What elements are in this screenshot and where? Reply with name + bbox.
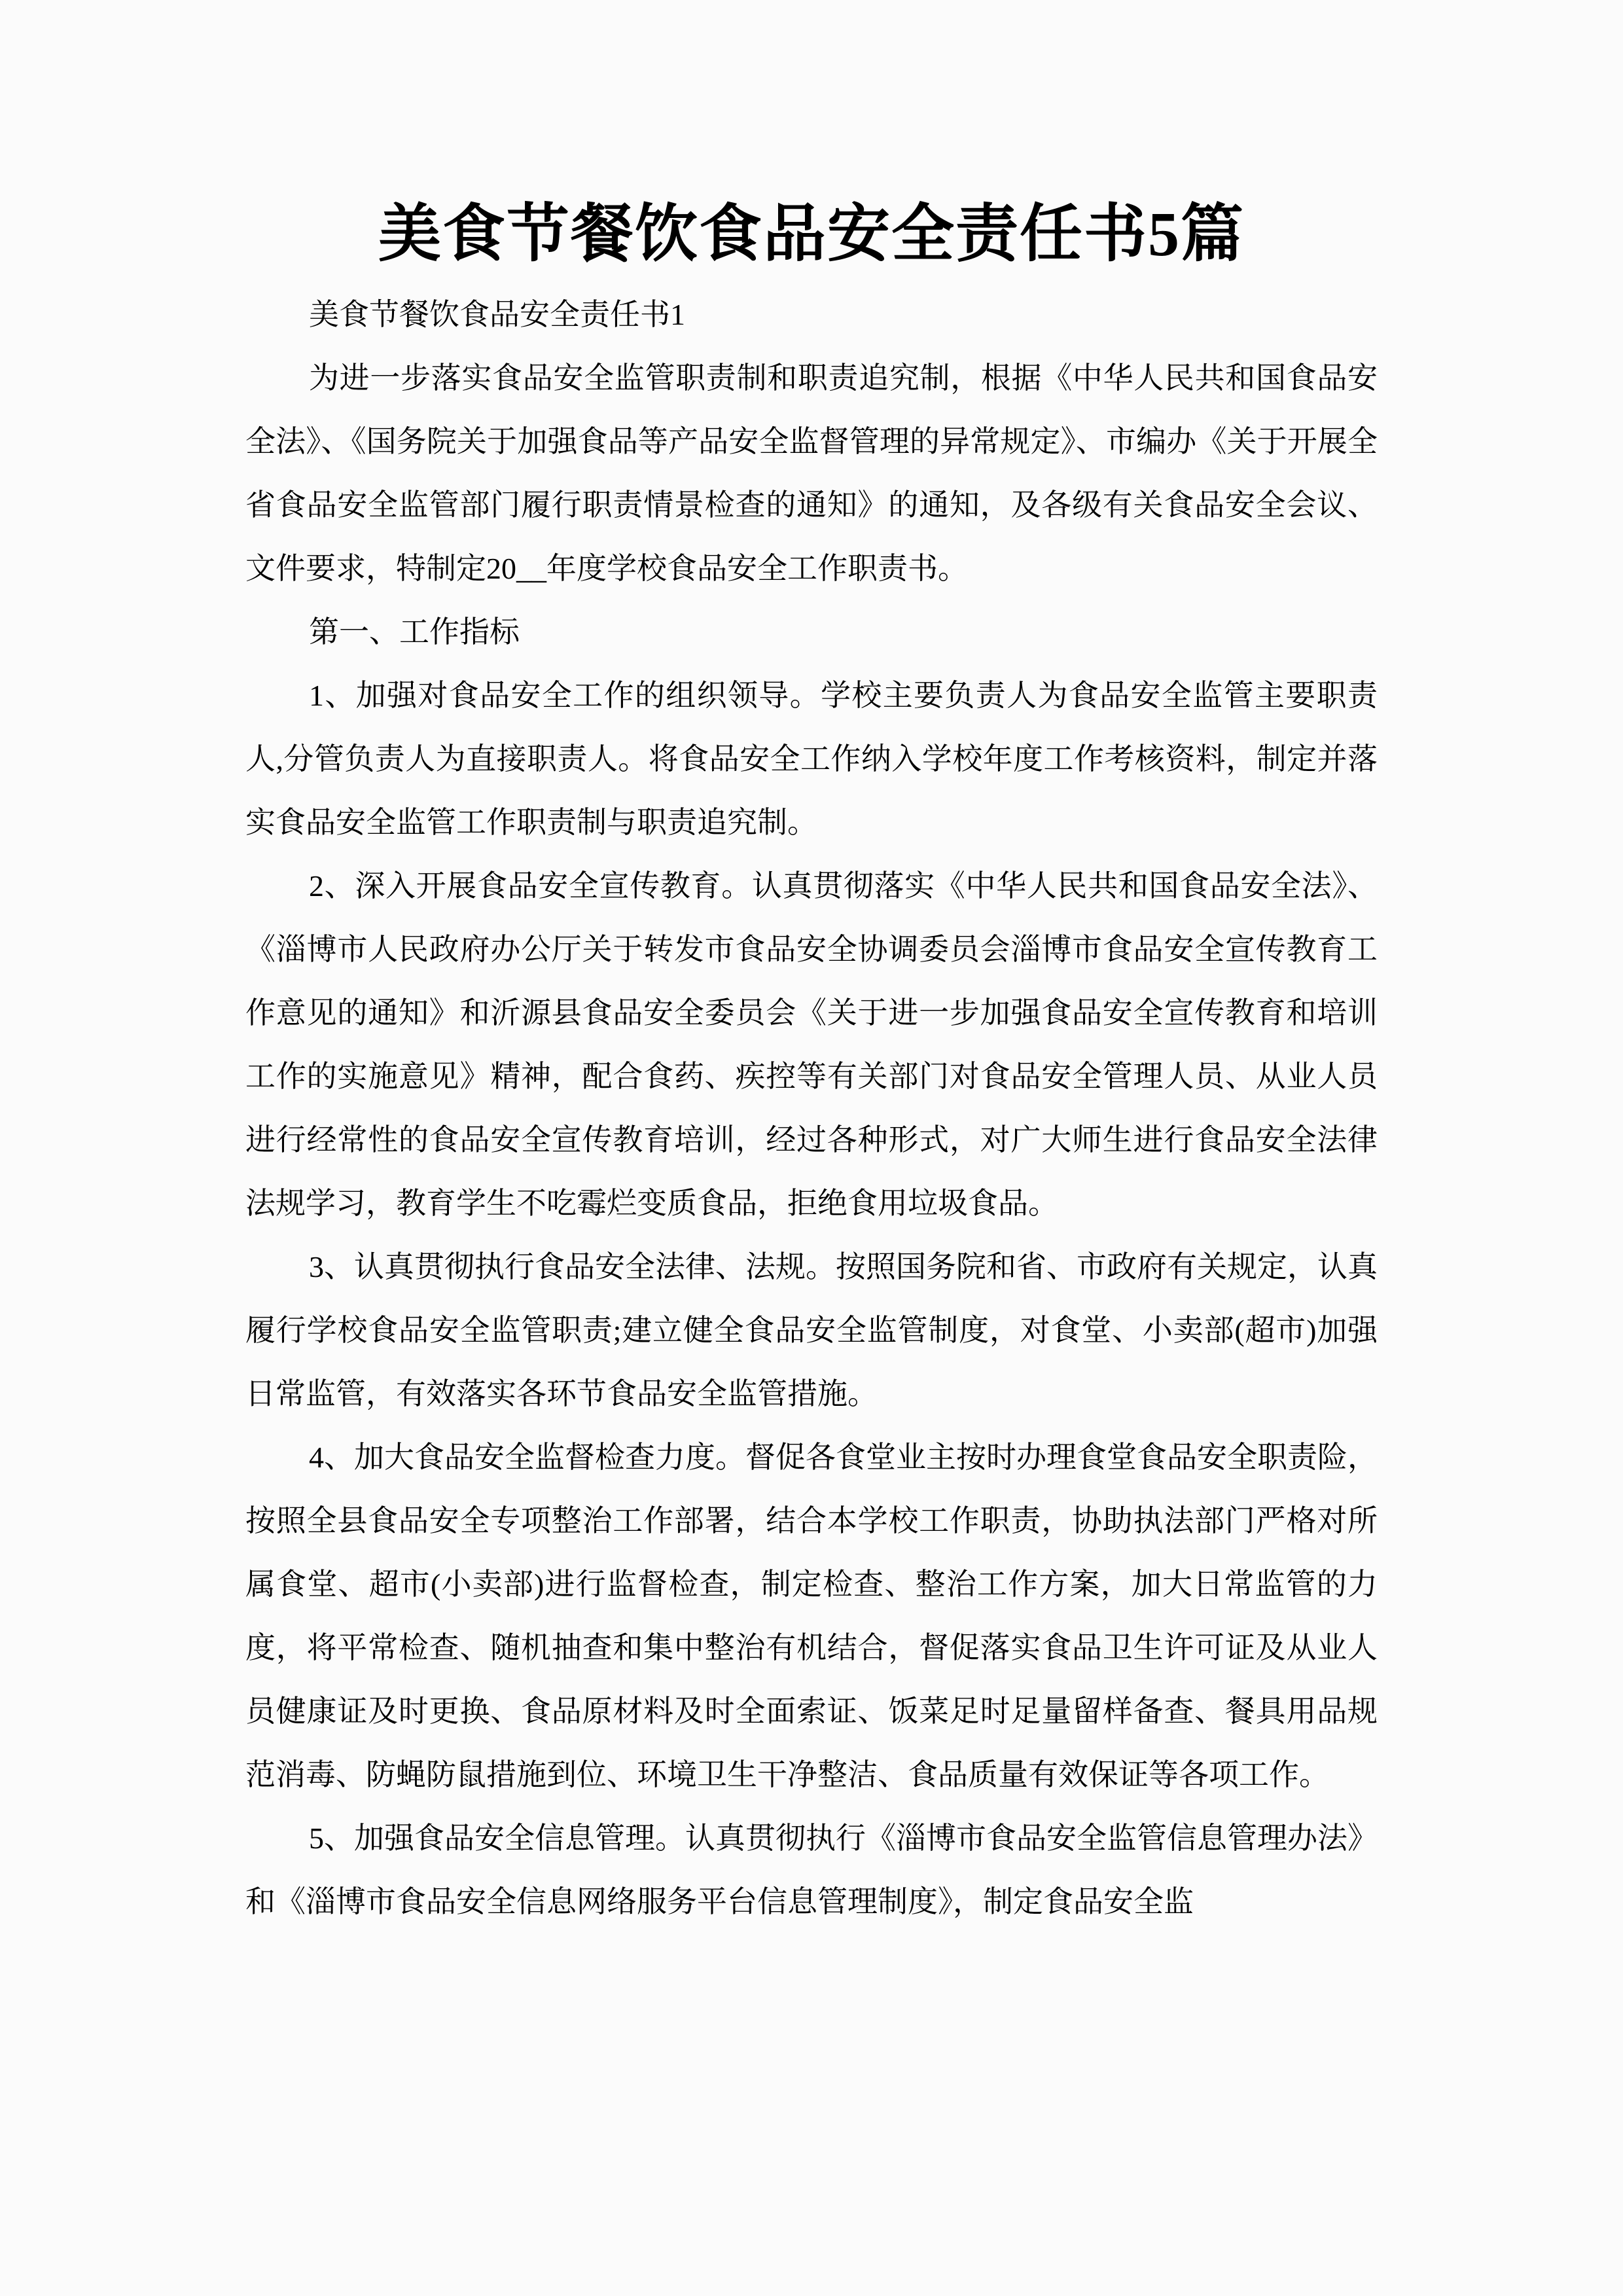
paragraph: 1、加强对食品安全工作的组织领导。学校主要负责人为食品安全监管主要职责人,分管负… [245,664,1378,854]
document-title: 美食节餐饮食品安全责任书5篇 [245,0,1378,274]
document-page: 美食节餐饮食品安全责任书5篇 美食节餐饮食品安全责任书1 为进一步落实食品安全监… [0,0,1623,2296]
paragraph: 5、加强食品安全信息管理。认真贯彻执行《淄博市食品安全监管信息管理办法》和《淄博… [245,1806,1378,1933]
paragraph: 2、深入开展食品安全宣传教育。认真贯彻落实《中华人民共和国食品安全法》、《淄博市… [245,854,1378,1235]
paragraph: 4、加大食品安全监督检查力度。督促各食堂业主按时办理食堂食品安全职责险，按照全县… [245,1426,1378,1806]
document-body: 美食节餐饮食品安全责任书1 为进一步落实食品安全监管职责制和职责追究制，根据《中… [245,283,1378,1933]
paragraph-section-heading: 第一、工作指标 [245,600,1378,664]
paragraph-subtitle: 美食节餐饮食品安全责任书1 [245,283,1378,346]
paragraph: 3、认真贯彻执行食品安全法律、法规。按照国务院和省、市政府有关规定，认真履行学校… [245,1235,1378,1426]
paragraph: 为进一步落实食品安全监管职责制和职责追究制，根据《中华人民共和国食品安全法》、《… [245,346,1378,600]
document-content: 美食节餐饮食品安全责任书5篇 美食节餐饮食品安全责任书1 为进一步落实食品安全监… [0,0,1623,1933]
